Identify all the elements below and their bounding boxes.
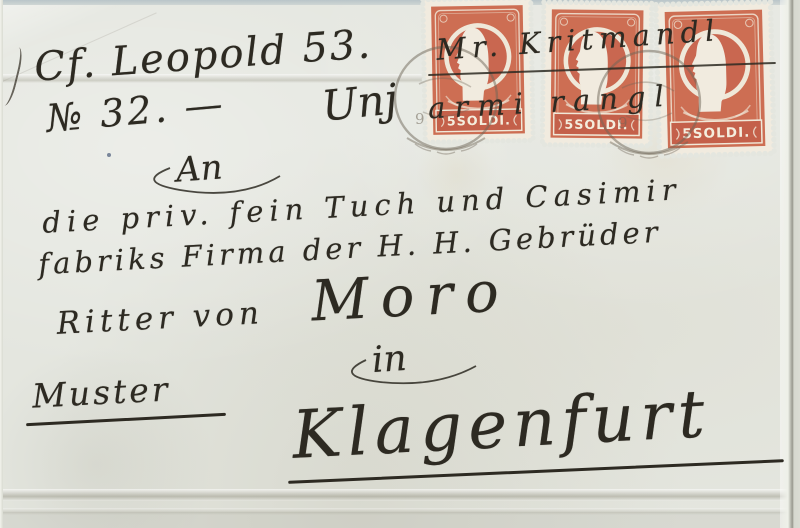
address-line-5: Klagenfurt xyxy=(291,381,712,469)
postmark-digit: 9 xyxy=(618,114,628,132)
docket-line-2-mid: Unj xyxy=(320,78,399,128)
postmark-digit: 9 xyxy=(415,110,425,128)
ink-speck xyxy=(107,153,111,157)
paper-right-fold-edge xyxy=(780,0,800,528)
address-line-4-flourish xyxy=(330,352,480,390)
docket-line-2: № 32. — xyxy=(45,84,227,138)
horizontal-crease-lower xyxy=(0,489,800,501)
side-note: Muster xyxy=(31,372,171,412)
address-line-3-name: Moro xyxy=(310,264,512,330)
letter-cover-scan: 5SOLDI. 5SOLDI. 5SOLDI. xyxy=(0,0,800,528)
paper-bottom-band xyxy=(0,512,800,528)
address-line-3-prefix: Ritter von xyxy=(56,298,265,340)
side-note-underline xyxy=(26,413,226,426)
